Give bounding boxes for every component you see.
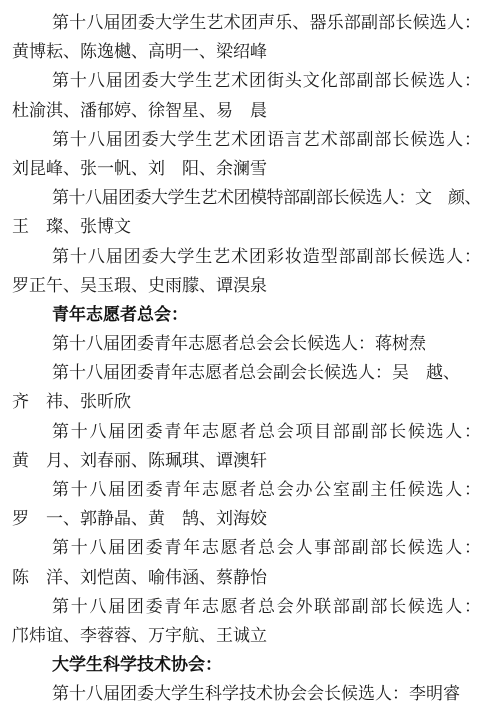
document-line: 黄博耘、陈逸樾、高明一、梁绍峰 <box>12 37 481 66</box>
section-heading: 青年志愿者总会： <box>12 300 481 329</box>
document-line: 第十八届团委大学生艺术团声乐、器乐部副部长候选人： <box>12 8 481 37</box>
document-page: 第十八届团委大学生艺术团声乐、器乐部副部长候选人：黄博耘、陈逸樾、高明一、梁绍峰… <box>0 0 494 722</box>
document-line: 第十八届团委大学生科学技术协会会长候选人：李明睿 <box>12 679 481 708</box>
document-line: 王 璨、张博文 <box>12 212 481 241</box>
section-heading: 大学生科学技术协会： <box>12 650 481 679</box>
document-line: 第十八届团委青年志愿者总会项目部副部长候选人： <box>12 417 481 446</box>
document-line: 第十八届团委大学生艺术团街头文化部副部长候选人： <box>12 66 481 95</box>
document-line: 第十八届团委青年志愿者总会会长候选人：蒋树焘 <box>12 329 481 358</box>
document-line: 黄 月、刘春丽、陈珮琪、谭澳轩 <box>12 446 481 475</box>
document-line: 邝炜谊、李蓉蓉、万宇航、王诚立 <box>12 621 481 650</box>
document-line: 第十八届团委青年志愿者总会外联部副部长候选人： <box>12 592 481 621</box>
document-line: 齐 祎、张昕欣 <box>12 387 481 416</box>
candidate-list-body: 第十八届团委大学生艺术团声乐、器乐部副部长候选人：黄博耘、陈逸樾、高明一、梁绍峰… <box>0 0 494 709</box>
document-line: 第十八届团委青年志愿者总会副会长候选人：吴 越、 <box>12 358 481 387</box>
document-line: 第十八届团委青年志愿者总会人事部副部长候选人： <box>12 533 481 562</box>
document-line: 第十八届团委大学生艺术团模特部副部长候选人：文 颜、 <box>12 183 481 212</box>
document-line: 陈 洋、刘恺茵、喻伟涵、蔡静怡 <box>12 563 481 592</box>
document-line: 罗正午、吴玉瑕、史雨朦、谭淏泉 <box>12 271 481 300</box>
document-line: 刘昆峰、张一帆、刘 阳、余澜雪 <box>12 154 481 183</box>
document-line: 第十八届团委大学生艺术团语言艺术部副部长候选人： <box>12 125 481 154</box>
document-line: 罗 一、郭静晶、黄 鹄、刘海姣 <box>12 504 481 533</box>
document-line: 第十八届团委青年志愿者总会办公室副主任候选人： <box>12 475 481 504</box>
document-line: 第十八届团委大学生艺术团彩妆造型部副部长候选人： <box>12 242 481 271</box>
document-line: 杜渝淇、潘郁婷、徐智星、易 晨 <box>12 96 481 125</box>
